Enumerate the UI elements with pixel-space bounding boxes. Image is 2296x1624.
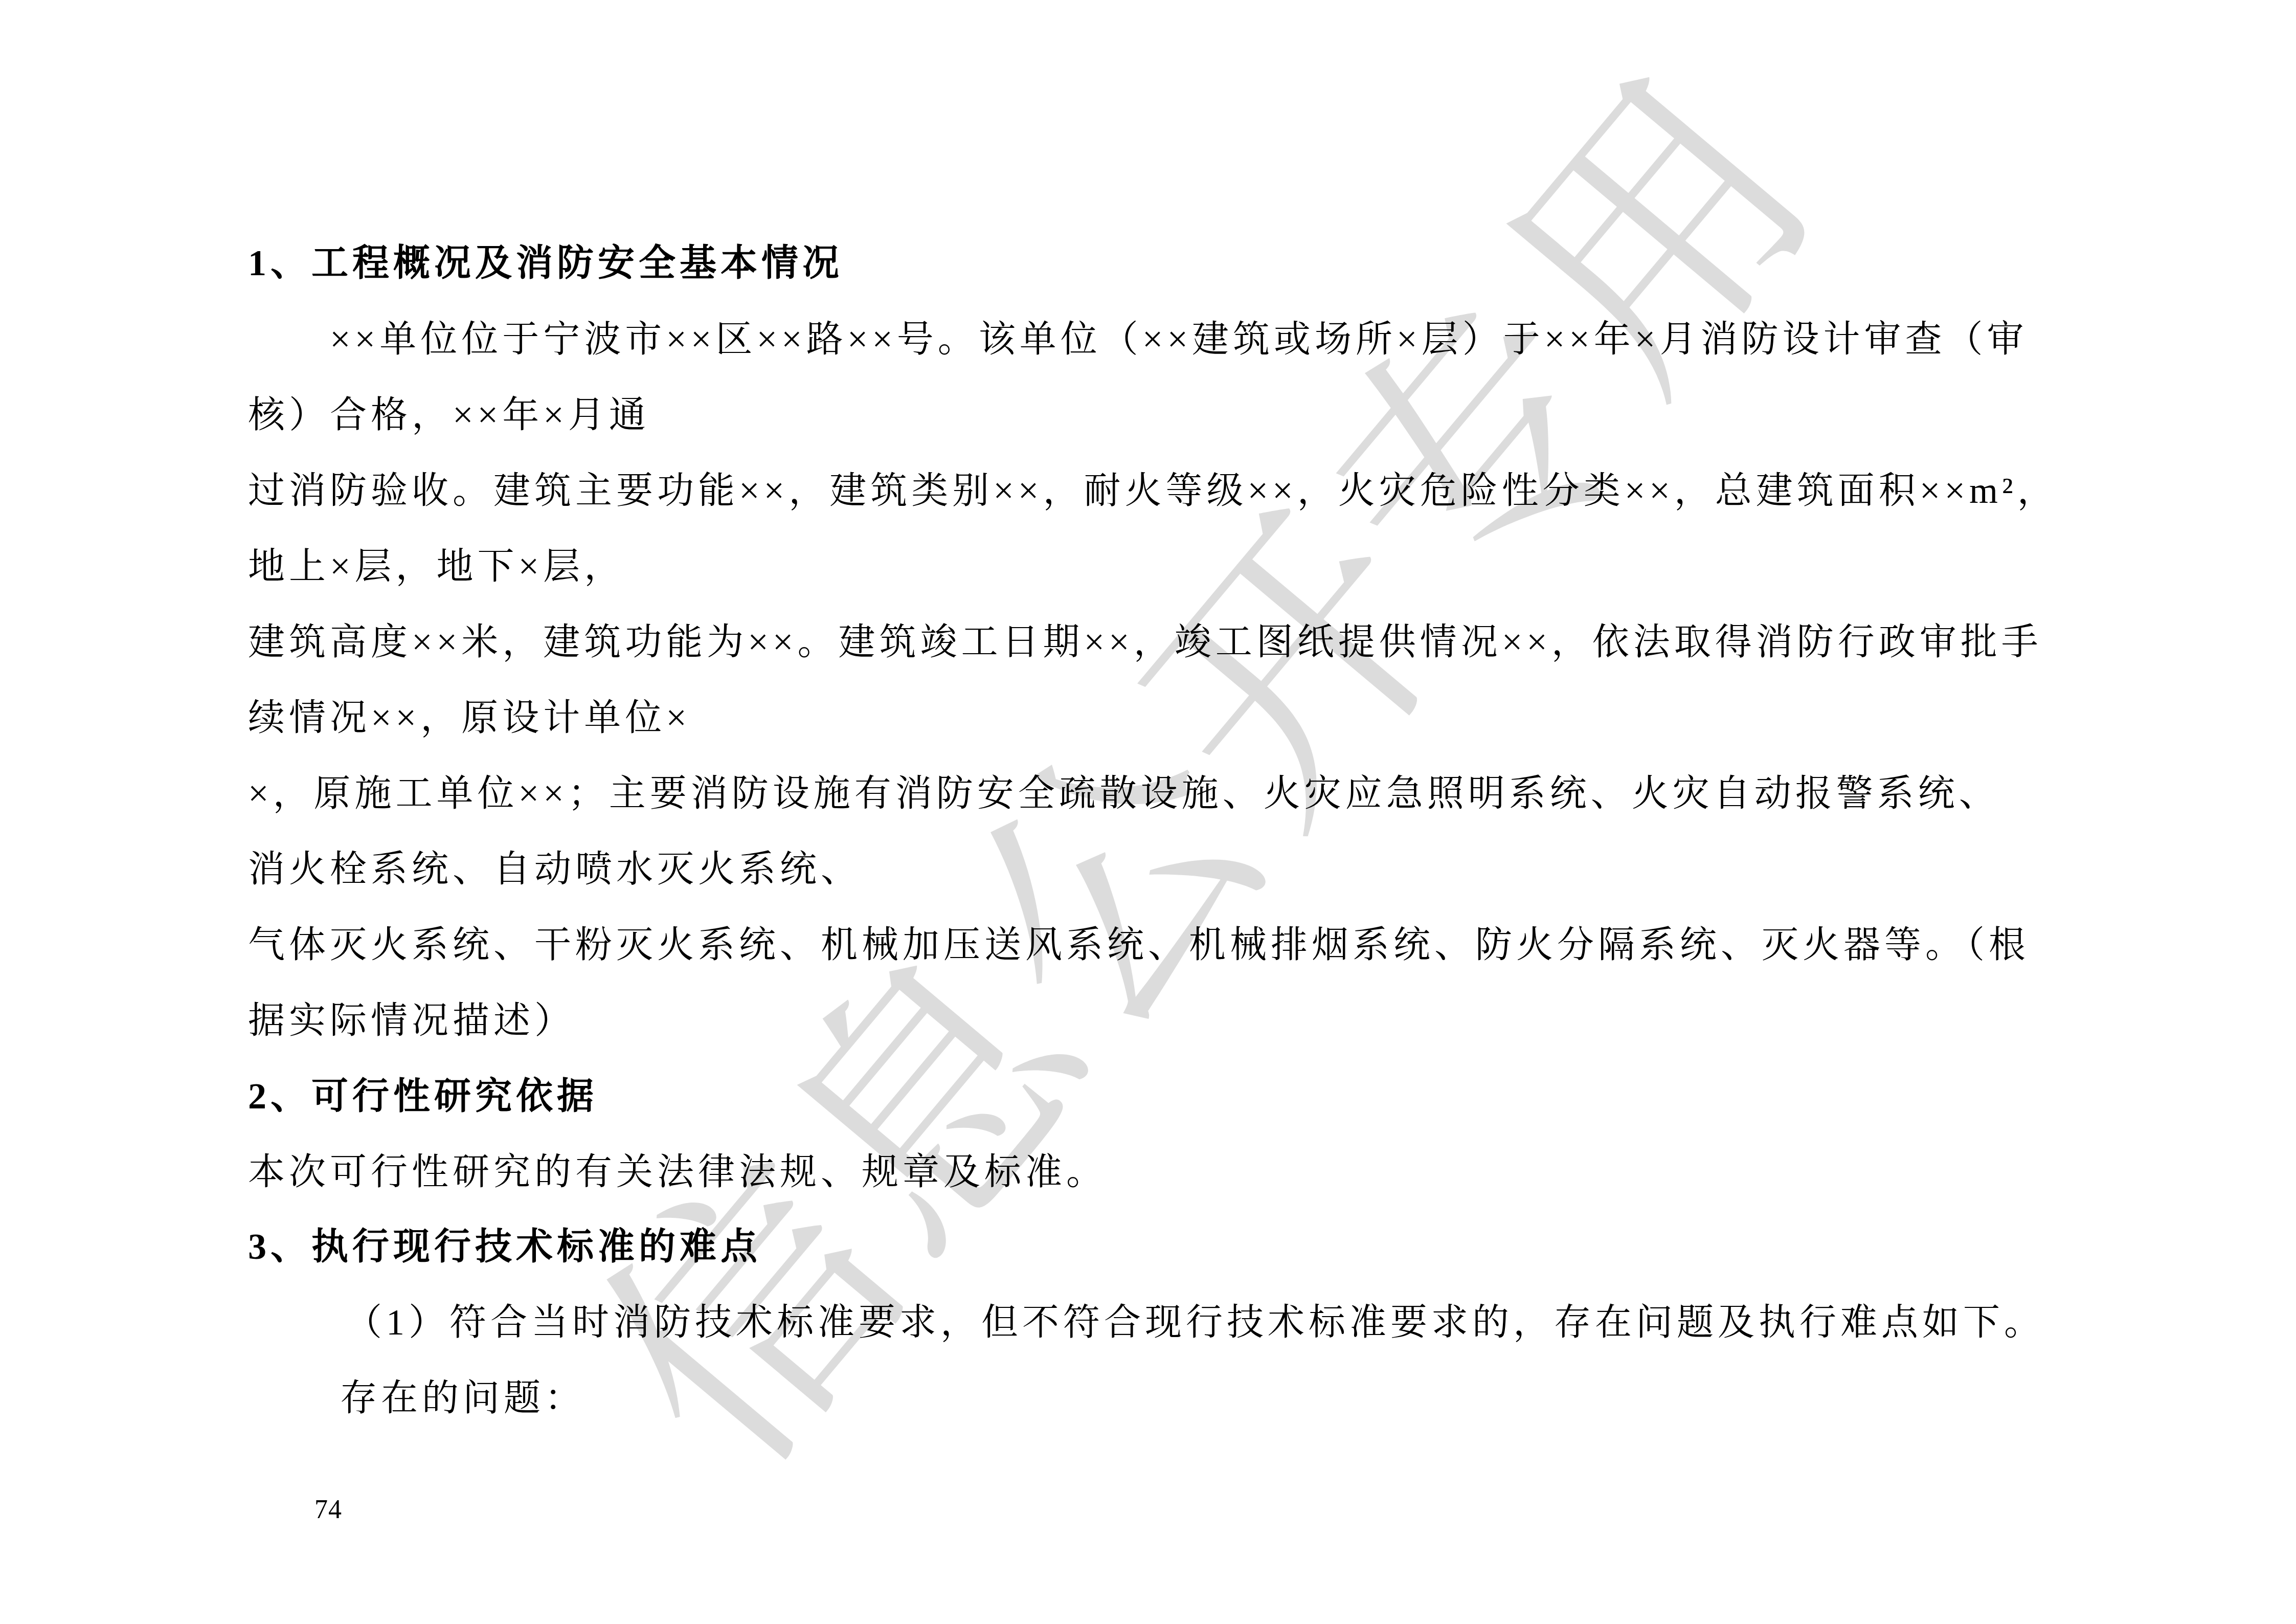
paragraph-line: 消火栓系统、自动喷水灭火系统、 [248,848,862,891]
document-page: 信息公开专用 1、工程概况及消防安全基本情况 ××单位位于宁波市××区××路××… [0,0,2296,1624]
paragraph-line: 过消防验收。建筑主要功能××，建筑类别××，耐火等级××，火灾危险性分类××，总… [248,470,2058,512]
paragraph-line: 建筑高度××米，建筑功能为××。建筑竣工日期××，竣工图纸提供情况××，依法取得… [248,621,2042,663]
paragraph-line: 核）合格，××年×月通 [248,394,650,436]
page-number: 74 [314,1495,342,1525]
paragraph-line: 续情况××，原设计单位× [248,697,691,739]
section-heading-2: 2、可行性研究依据 [248,1075,598,1118]
paragraph-line: 据实际情况描述） [248,999,575,1042]
paragraph-line: ××单位位于宁波市××区××路××号。该单位（××建筑或场所×层）于××年×月消… [248,318,2028,361]
paragraph-line: 本次可行性研究的有关法律法规、规章及标准。 [248,1151,1107,1193]
paragraph-line: 气体灭火系统、干粉灭火系统、机械加压送风系统、机械排烟系统、防火分隔系统、灭火器… [248,924,2030,966]
paragraph-line: 地上×层，地下×层， [248,545,625,588]
paragraph-line: （1）符合当时消防技术标准要求，但不符合现行技术标准要求的，存在问题及执行难点如… [248,1301,2045,1344]
section-heading-1: 1、工程概况及消防安全基本情况 [248,242,843,284]
paragraph-line: 存在的问题： [248,1377,586,1419]
section-heading-3: 3、执行现行技术标准的难点 [248,1226,761,1268]
paragraph-line: ×，原施工单位××；主要消防设施有消防安全疏散设施、火灾应急照明系统、火灾自动报… [248,772,2000,815]
